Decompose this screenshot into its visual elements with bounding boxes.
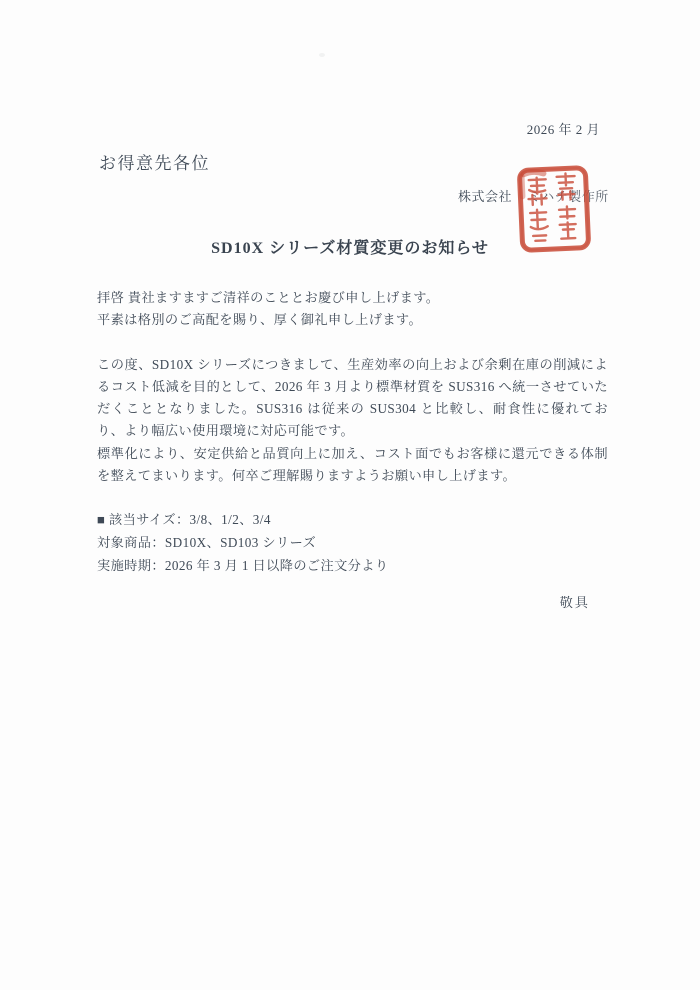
greeting-line: 平素は格別のご高配を賜り、厚く御礼申し上げます。 xyxy=(97,309,608,331)
closing-word: 敬具 xyxy=(97,592,608,614)
sender-company-type: 株式会社 xyxy=(458,186,512,205)
document-title: SD10X シリーズ材質変更のお知らせ xyxy=(0,235,700,258)
greeting-block: 拝啓 貴社ますますご清祥のこととお慶び申し上げます。 平素は格別のご高配を賜り、… xyxy=(97,287,608,332)
scanned-letter-page: 2026 年 2 月 お得意先各位 株式会社 ミハチ製作所 xyxy=(0,0,700,990)
paragraph: この度、SD10X シリーズにつきまして、生産効率の向上および余剰在庫の削減によ… xyxy=(97,354,608,443)
scan-artifact-dot xyxy=(319,53,325,57)
detail-target-products: 対象商品：SD10X、SD103 シリーズ xyxy=(97,532,608,555)
greeting-line: 拝啓 貴社ますますご清祥のこととお慶び申し上げます。 xyxy=(97,287,608,309)
letter-body: 拝啓 貴社ますますご清祥のこととお慶び申し上げます。 平素は格別のご高配を賜り、… xyxy=(97,287,608,614)
detail-applicable-sizes: ■ 該当サイズ：3/8、1/2、3/4 xyxy=(97,509,608,532)
paragraph: 標準化により、安定供給と品質向上に加え、コスト面でもお客様に還元できる体制を整え… xyxy=(97,443,608,488)
recipient-line: お得意先各位 xyxy=(99,149,210,174)
main-paragraph-block: この度、SD10X シリーズにつきまして、生産効率の向上および余剰在庫の削減によ… xyxy=(97,354,608,488)
detail-effective-date: 実施時期：2026 年 3 月 1 日以降のご注文分より xyxy=(97,555,608,578)
details-block: ■ 該当サイズ：3/8、1/2、3/4 対象商品：SD10X、SD103 シリー… xyxy=(97,509,608,577)
letter-date: 2026 年 2 月 xyxy=(527,119,600,138)
